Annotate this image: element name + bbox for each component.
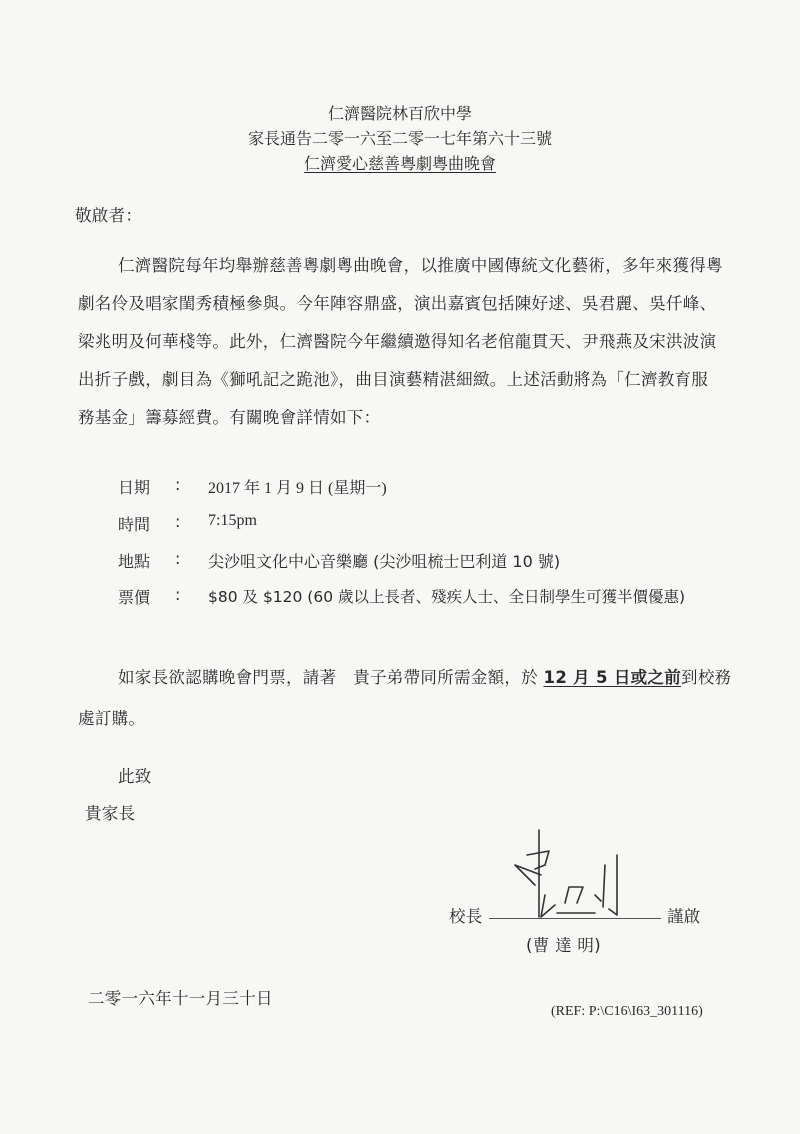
signature-suffix: 謹啟 <box>667 903 701 927</box>
detail-colon: : <box>175 549 180 568</box>
purchase-text-suffix: 到校務 <box>681 668 731 687</box>
detail-value: $80 及 $120 (60 歲以上長者、殘疾人士、全日制學生可獲半價優惠) <box>208 585 685 607</box>
detail-value: 尖沙咀文化中心音樂廳 (尖沙咀梳士巴利道 10 號) <box>208 549 560 572</box>
signature-line <box>489 918 661 919</box>
notice-number: 家長通告二零一六至二零一七年第六十三號 <box>0 126 800 149</box>
notice-title-text: 仁濟愛心慈善粵劇粵曲晚會 <box>304 154 496 173</box>
paragraph-line: 如家長欲認購晚會門票，請著 貴子弟帶同所需金額，於 12 月 5 日或之前到校務 <box>118 664 731 688</box>
signature-title: 校長 <box>449 903 483 927</box>
salutation: 敬啟者： <box>75 202 142 226</box>
paragraph-line: 劇名伶及唱家閨秀積極參與。今年陣容鼎盛，演出嘉賓包括陳好逑、吳君麗、吳仟峰、 <box>78 290 716 314</box>
paragraph-line: 梁兆明及何華棧等。此外，仁濟醫院今年繼續邀得知名老倌龍貫天、尹飛燕及宋洪波演 <box>78 328 716 352</box>
purchase-text: 如家長欲認購晚會門票，請著 貴子弟帶同所需金額，於 <box>118 668 544 687</box>
notice-title: 仁濟愛心慈善粵劇粵曲晚會 <box>0 151 800 174</box>
principal-name: (曹 達 明) <box>526 932 601 956</box>
detail-colon: : <box>175 512 180 531</box>
paragraph-line: 處訂購。 <box>78 705 145 729</box>
paragraph-line: 務基金」籌募經費。有關晚會詳情如下： <box>78 404 380 428</box>
paragraph-line: 仁濟醫院每年均舉辦慈善粵劇粵曲晚會，以推廣中國傳統文化藝術，多年來獲得粵 <box>118 252 723 276</box>
detail-value: 7:15pm <box>208 512 257 530</box>
detail-colon: : <box>175 475 180 494</box>
detail-value: 2017 年 1 月 9 日 (星期一) <box>208 475 387 498</box>
closing-recipient: 貴家長 <box>85 800 135 824</box>
detail-label: 日期 <box>118 475 150 498</box>
reference-code: (REF: P:\C16\I63_301116) <box>551 1004 703 1020</box>
closing-greeting: 此致 <box>118 763 152 787</box>
detail-label: 時間 <box>118 512 150 535</box>
school-name: 仁濟醫院林百欣中學 <box>0 101 800 124</box>
deadline-date: 12 月 5 日或之前 <box>544 668 681 687</box>
notice-date: 二零一六年十一月三十日 <box>88 985 273 1009</box>
detail-label: 地點 <box>118 549 150 572</box>
paragraph-line: 出折子戲，劇目為《獅吼記之跪池》，曲目演藝精湛細緻。上述活動將為「仁濟教育服 <box>78 366 708 390</box>
detail-colon: : <box>175 585 180 604</box>
detail-label: 票價 <box>118 585 150 608</box>
signature-icon <box>505 825 635 925</box>
